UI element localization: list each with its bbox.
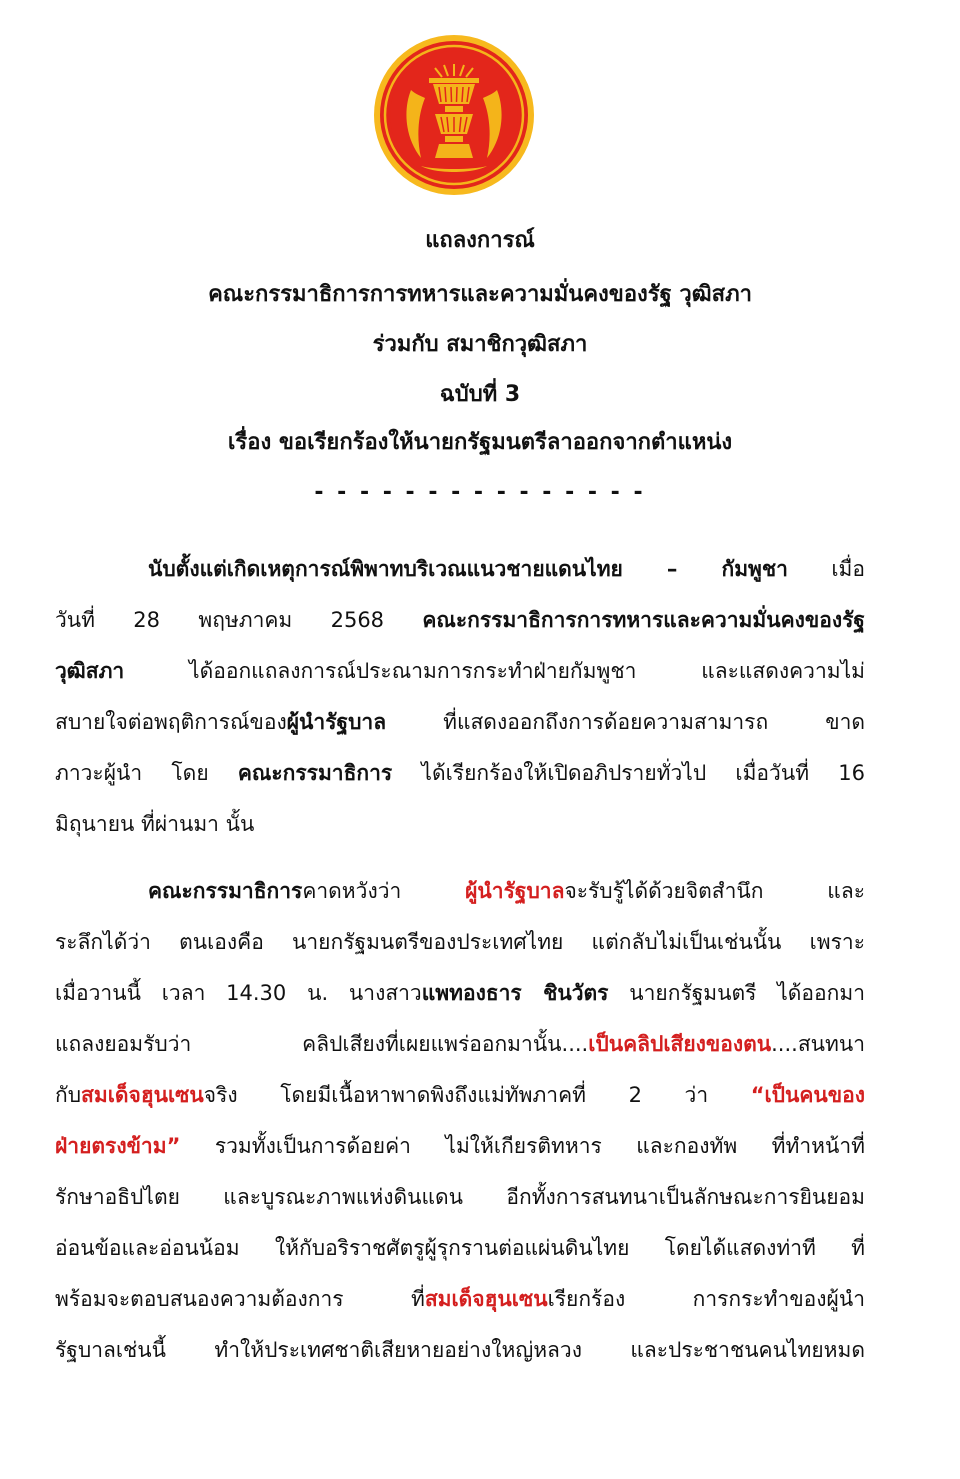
- text-line: คณะกรรมาธิการคาดหวังว่า ผู้นำรัฐบาลจะรับ…: [55, 866, 865, 917]
- text-line: ภาวะผู้นำ โดย คณะกรรมาธิการ ได้เรียกร้อง…: [55, 748, 865, 799]
- co-signers: ร่วมกับ สมาชิกวุฒิสภา: [0, 330, 960, 360]
- committee-name: คณะกรรมาธิการการทหารและความมั่นคงของรัฐ …: [0, 280, 960, 310]
- text-line: พร้อมจะตอบสนองความต้องการ ที่สมเด็จฮุนเซ…: [55, 1274, 865, 1325]
- text-line: ระลึกได้ว่า ตนเองคือ นายกรัฐมนตรีของประเ…: [55, 917, 865, 968]
- issue-number: ฉบับที่ 3: [0, 380, 960, 410]
- text-line: วุฒิสภา ได้ออกแถลงการณ์ประณามการกระทำฝ่า…: [55, 646, 865, 697]
- highlight-text: ผู้นำรัฐบาล: [465, 879, 564, 903]
- statement-title: แถลงการณ์: [0, 226, 960, 256]
- text-line: รัฐบาลเช่นนี้ ทำให้ประเทศชาติเสียหายอย่า…: [55, 1325, 865, 1376]
- highlight-text: “เป็นคนของ: [751, 1083, 865, 1107]
- text-line: กับสมเด็จฮุนเซนจริง โดยมีเนื้อหาพาดพิงถึ…: [55, 1070, 865, 1121]
- highlight-text: สมเด็จฮุนเซน: [425, 1287, 548, 1311]
- text-line: นับตั้งแต่เกิดเหตุการณ์พิพาทบริเวณแนวชาย…: [55, 544, 865, 595]
- highlight-text: เป็นคลิปเสียงของตน: [588, 1032, 771, 1056]
- text-line: วันที่ 28 พฤษภาคม 2568 คณะกรรมาธิการการท…: [55, 595, 865, 646]
- divider: - - - - - - - - - - - - - - -: [0, 478, 960, 508]
- text-line: อ่อนข้อและอ่อนน้อม ให้กับอริราชศัตรูผู้ร…: [55, 1223, 865, 1274]
- subject-line: เรื่อง ขอเรียกร้องให้นายกรัฐมนตรีลาออกจา…: [0, 428, 960, 458]
- paragraph-1: นับตั้งแต่เกิดเหตุการณ์พิพาทบริเวณแนวชาย…: [55, 544, 865, 850]
- highlight-text: สมเด็จฮุนเซน: [81, 1083, 204, 1107]
- parliament-seal-icon: [373, 34, 535, 196]
- text-line: ฝ่ายตรงข้าม” รวมทั้งเป็นการด้อยค่า ไม่ให…: [55, 1121, 865, 1172]
- text-line: แถลงยอมรับว่า คลิปเสียงที่เผยแพร่ออกมานั…: [55, 1019, 865, 1070]
- text-line: สบายใจต่อพฤติการณ์ของผู้นำรัฐบาล ที่แสดง…: [55, 697, 865, 748]
- highlight-text: ฝ่ายตรงข้าม”: [55, 1134, 180, 1158]
- text-line: รักษาอธิปไตย และบูรณะภาพแห่งดินแดน อีกทั…: [55, 1172, 865, 1223]
- paragraph-2: คณะกรรมาธิการคาดหวังว่า ผู้นำรัฐบาลจะรับ…: [55, 866, 865, 1376]
- text-line: มิถุนายน ที่ผ่านมา นั้น: [55, 799, 865, 850]
- text-line: เมื่อวานนี้ เวลา 14.30 น. นางสาวแพทองธาร…: [55, 968, 865, 1019]
- statement-document: แถลงการณ์ คณะกรรมาธิการการทหารและความมั่…: [0, 0, 960, 1479]
